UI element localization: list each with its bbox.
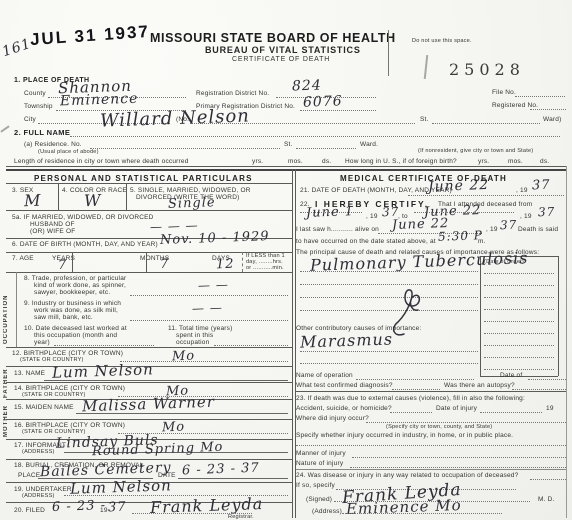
row-line <box>6 347 292 348</box>
dotted-leader <box>130 319 288 321</box>
accident-suicide-label: Accident, suicide, or homicide? <box>296 405 392 412</box>
date-of-injury-label: Date of injury <box>436 405 477 412</box>
dotted-leader <box>484 284 554 286</box>
row-line <box>6 183 292 184</box>
dotted-leader <box>408 194 564 196</box>
mother-birthplace-label: 16. BIRTHPLACE (CITY OR TOWN) <box>14 422 125 429</box>
total-time-label-2: spent in this <box>176 332 213 339</box>
dotted-leader <box>528 378 566 380</box>
dotted-leader <box>214 344 288 346</box>
dotted-leader <box>300 283 478 285</box>
color-race-value: W <box>84 191 102 211</box>
manner-of-injury-label: Manner of injury <box>296 450 346 457</box>
birthplace-label: 12. BIRTHPLACE (CITY OR TOWN) <box>12 350 123 357</box>
section-rule <box>296 391 566 392</box>
registrar-label: Registrar. <box>228 514 254 520</box>
burial-place-label: PLACE <box>18 472 40 479</box>
death-is-said-label: Death is said <box>518 226 558 233</box>
nonresident-note: (If nonresident, give city or town and S… <box>418 148 533 155</box>
dotted-leader <box>366 421 566 423</box>
sex-value: M <box>24 191 42 211</box>
from-19-print: , 19 <box>366 213 378 220</box>
city-st-label: St. <box>420 116 429 123</box>
rule <box>6 166 566 167</box>
dotted-leader <box>484 296 554 298</box>
dotted-leader <box>300 270 478 272</box>
pen-number-note: 161 <box>0 36 33 60</box>
date-of-birth-label: 6. DATE OF BIRTH (MONTH, DAY, AND YEAR) <box>12 241 158 248</box>
mos-label: mos. <box>288 158 303 165</box>
dod-19-print: , 19 <box>516 187 528 194</box>
occurred-at-label: to have occurred on the date stated abov… <box>296 238 436 245</box>
dotted-leader <box>300 362 478 364</box>
lastsaw-19-print: , 19 <box>486 226 498 233</box>
right-edge-border <box>566 166 567 518</box>
rule <box>6 169 566 171</box>
dotted-leader <box>90 147 280 149</box>
operation-date-of-label: Date of <box>500 372 522 379</box>
last-saw-year-value: 37 <box>500 218 518 233</box>
birthplace-value: Mo <box>172 349 196 365</box>
trade-label-2: kind of work done, as spinner, <box>34 282 126 289</box>
dotted-leader <box>350 466 566 468</box>
dotted-leader <box>484 308 554 310</box>
header-divider <box>388 30 389 76</box>
dotted-leader <box>484 344 554 346</box>
trade-value-dash: — — <box>198 277 229 292</box>
section-rule <box>296 469 566 470</box>
left-column-header: PERSONAL AND STATISTICAL PARTICULARS <box>34 174 253 183</box>
undertaker-label: 19. UNDERTAKER <box>14 486 72 493</box>
primary-registration-value: 6076 <box>303 93 343 110</box>
related-occupation-label: 24. Was disease or injury in any way rel… <box>296 472 518 479</box>
cell-divider <box>58 183 59 210</box>
external-causes-label: 23. If death was due to external causes … <box>296 395 525 402</box>
file-no-label: File No. <box>492 89 516 96</box>
yrs-label: yrs. <box>252 158 263 165</box>
undertaker-address-note: (ADDRESS) <box>22 493 55 500</box>
residence-st-label: St. <box>284 141 293 148</box>
last-worked-label-3: year) <box>34 339 50 346</box>
dotted-leader <box>512 388 566 390</box>
mother-birthplace-value: Mo <box>162 420 186 436</box>
dotted-leader <box>484 332 554 334</box>
father-side-label: FATHER <box>3 368 9 398</box>
yrs-label: yrs. <box>478 158 489 165</box>
if-married-label: 5a. IF MARRIED, WIDOWED, OR DIVORCED <box>12 214 154 221</box>
received-date-stamp: JUL 31 1937 <box>29 22 150 50</box>
trade-label-1: 8. Trade, profession, or particular <box>24 275 126 282</box>
full-name-value: Willard Nelson <box>100 105 251 131</box>
bureau-subtitle: BUREAU OF VITAL STATISTICS <box>205 45 361 55</box>
row-line <box>6 272 292 273</box>
certificate-type-label: CERTIFICATE OF DEATH <box>232 56 330 63</box>
father-name-label: 13. NAME <box>14 370 45 377</box>
autopsy-label: Was there an autopsy? <box>444 382 515 389</box>
how-long-us-label: How long in U. S., if of foreign birth? <box>345 158 457 165</box>
dotted-leader <box>390 411 432 413</box>
industry-label-3: saw mill, bank, etc. <box>34 314 93 321</box>
death-certificate-scan: JUL 31 1937 161 MISSOURI STATE BOARD OF … <box>0 0 572 520</box>
total-time-label-1: 11. Total time (years) <box>168 325 233 332</box>
residence-label: (a) Residence. No. <box>24 141 82 148</box>
maiden-name-value: Malissa Warner <box>82 393 216 416</box>
dotted-leader <box>515 95 565 97</box>
write-line <box>178 478 288 479</box>
md-label: M. D. <box>538 496 555 503</box>
mos-label: mos. <box>508 158 523 165</box>
specify-industry-note: Specify whether injury occurred in indus… <box>296 432 513 439</box>
side-bracket <box>16 272 17 347</box>
dotted-leader <box>300 350 478 352</box>
filed-label: 20. FILED <box>14 507 45 514</box>
row-line <box>6 210 292 211</box>
length-residence-label: Length of residence in city or town wher… <box>14 158 189 165</box>
onset-box-right-border <box>558 256 559 376</box>
dotted-leader <box>130 294 288 296</box>
test-confirmed-label: What test confirmed diagnosis? <box>296 382 393 389</box>
dotted-leader <box>296 444 566 446</box>
occupation-side-label: OCCUPATION <box>3 280 9 344</box>
cell-divider <box>126 183 127 210</box>
operation-label: Name of operation <box>296 372 353 379</box>
dotted-leader <box>352 456 566 458</box>
nature-of-injury-label: Nature of injury <box>296 460 343 467</box>
dod-year-value: 37 <box>532 178 551 194</box>
row-line <box>6 419 292 420</box>
filed-19-print: 19 <box>100 507 108 514</box>
state-country-note: (STATE OR COUNTRY) <box>22 392 86 399</box>
dotted-leader <box>432 122 540 124</box>
physician-address-value: Eminence Mo <box>346 496 462 518</box>
hour-of-death-value: 5:30 P <box>438 228 483 244</box>
less-than-note-3: or ...........min. <box>246 265 284 272</box>
dotted-leader <box>70 135 560 137</box>
informant-address-value: Round Spring Mo <box>92 440 224 460</box>
city-label: City <box>24 116 36 123</box>
dotted-leader <box>392 388 440 390</box>
father-name-value: Lum Nelson <box>52 360 154 382</box>
township-label: Township <box>24 103 53 110</box>
to-year-value: 37 <box>538 205 556 220</box>
age-months-value: 7 <box>160 257 170 272</box>
registration-district-value: 824 <box>292 77 322 94</box>
total-time-label-3: occupation <box>176 339 209 346</box>
age-years-value: 7 <box>58 258 68 273</box>
cell-divider-dashed <box>242 252 244 272</box>
ds-label: ds. <box>322 158 331 165</box>
ds-label: ds. <box>540 158 549 165</box>
last-saw-label: I last saw h........... alive on <box>296 226 379 233</box>
row-line <box>6 382 292 383</box>
informant-address-note: (ADDRESS) <box>22 449 55 456</box>
residence-ward-label: Ward. <box>360 141 378 148</box>
cell-divider <box>72 252 73 272</box>
city-ward-label: Ward) <box>543 116 561 123</box>
signed-label: (Signed) <box>306 496 332 503</box>
date-of-birth-value: Nov. 10 - 1929 <box>160 229 270 248</box>
maiden-name-label: 15. MAIDEN NAME <box>14 404 74 411</box>
date-of-death-value: June 22 <box>428 177 490 195</box>
if-so-specify-label: If so, specify <box>296 482 335 489</box>
contributory-value: Marasmus <box>300 329 394 351</box>
do-not-use-note: Do not use this space. <box>412 38 472 45</box>
dotted-leader <box>480 411 542 413</box>
injury-19-print: 19 <box>546 405 554 412</box>
age-days-value: 12 <box>216 257 235 273</box>
board-title: MISSOURI STATE BOARD OF HEALTH <box>150 31 396 45</box>
abode-note: (Usual place of abode) <box>38 149 99 156</box>
dotted-leader <box>530 478 566 480</box>
trade-label-3: sawyer, bookkeeper, etc. <box>34 289 110 296</box>
certificate-number: 25028 <box>449 60 525 79</box>
burial-date-value: 6 - 23 - 37 <box>182 461 260 479</box>
address-label: (Address) <box>312 508 342 515</box>
last-worked-label-2: this occupation (month and <box>34 332 117 339</box>
father-birthplace-label: 14. BIRTHPLACE (CITY OR TOWN) <box>14 385 125 392</box>
dotted-leader <box>484 272 554 274</box>
where-injury-label: Where did injury occur? <box>296 415 369 422</box>
dotted-leader <box>414 211 514 213</box>
dotted-leader <box>530 108 566 110</box>
specify-city-note: (Specify city or town, county, and State… <box>386 424 492 431</box>
filed-year-value: 37 <box>108 500 127 516</box>
township-value: Eminence <box>60 91 139 110</box>
wife-of-label: (OR) WIFE OF <box>30 228 75 235</box>
dotted-leader <box>296 147 356 149</box>
dotted-leader <box>300 211 362 213</box>
m-label: m. <box>478 238 486 245</box>
to-19-print: , 19 <box>520 213 532 220</box>
cell-divider <box>146 252 147 272</box>
scan-artifact <box>0 125 9 132</box>
center-divider <box>292 169 293 518</box>
scan-artifact <box>424 55 428 79</box>
last-worked-label-1: 10. Date deceased last worked at <box>24 325 127 332</box>
industry-value-dash: — — <box>192 300 223 315</box>
county-label: County <box>24 90 46 97</box>
age-label: 7. AGE <box>12 255 34 262</box>
dotted-leader <box>342 512 502 514</box>
industry-label-2: work was done, as silk mill, <box>34 307 118 314</box>
husband-of-label: HUSBAND OF <box>30 221 75 228</box>
dotted-leader <box>484 368 554 370</box>
dotted-leader <box>54 344 154 346</box>
marital-label: 5. SINGLE, MARRIED, WIDOWED, OR <box>130 187 251 194</box>
dotted-leader <box>356 378 474 380</box>
onset-box-left-border <box>480 256 481 376</box>
full-name-label: 2. FULL NAME <box>14 128 70 137</box>
registration-district-label: Registration District No. <box>196 90 269 97</box>
filed-date-value: 6 - 23 - <box>52 498 106 515</box>
dotted-leader <box>484 356 554 358</box>
dotted-leader <box>484 320 554 322</box>
industry-label-1: 9. Industry or business in which <box>24 300 121 307</box>
